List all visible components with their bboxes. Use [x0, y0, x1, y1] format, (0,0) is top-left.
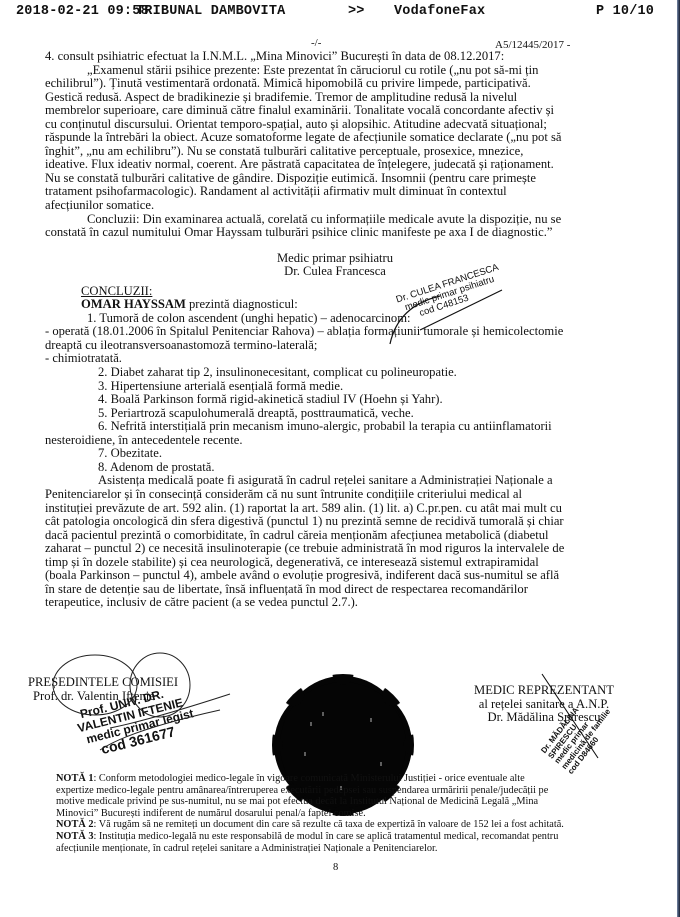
- reference-code: A5/12445/2017 -: [495, 39, 570, 53]
- fax-service: VodafoneFax: [394, 4, 485, 19]
- consult-text-line: Gestică redusă. Aspect de bradikinezie ș…: [45, 91, 620, 105]
- assessment-line: zaharat – punctul 2) ce necesită insulin…: [45, 542, 620, 556]
- diagnosis-1-detail-line: - chimiotratată.: [45, 352, 620, 366]
- assessment-line: (boala Parkinson – punctul 4), ambele av…: [45, 569, 620, 583]
- representative-title: MEDIC REPREZENTANT: [474, 684, 614, 698]
- diagnosis-item: 2. Diabet zaharat tip 2, insulinonecesit…: [45, 366, 620, 380]
- consult-conclusion-line: constată în cazul numitului Omar Hayssam…: [45, 226, 620, 240]
- consult-text-line: afecțiunilor somatice.: [45, 199, 620, 213]
- consult-text-line: cu conținutul discursului. Orientat temp…: [45, 118, 620, 132]
- fax-header: 2018-02-21 09:58 TRIBUNAL DAMBOVITA >> V…: [12, 4, 660, 20]
- footnote-label: NOTĂ 2: [56, 819, 93, 830]
- assessment-line: Asistența medicală poate fi asigurată în…: [45, 474, 620, 488]
- diagnosis-item: 3. Hipertensiune arterială esențială for…: [45, 380, 620, 394]
- consult-text-line: răspunde la întrebări la obiect. Acuze s…: [45, 131, 620, 145]
- diagnosis-7: 7. Obezitate.: [45, 447, 620, 461]
- footnote-continuation: expertize medico-legale pentru amânarea/…: [56, 785, 666, 797]
- fax-sender: TRIBUNAL DAMBOVITA: [136, 4, 285, 19]
- medical-assessment: Asistența medicală poate fi asigurată în…: [45, 474, 620, 609]
- consult-text-line: „Examenul stării psihice prezente: Este …: [45, 64, 620, 78]
- psychiatrist-name: Dr. Culea Francesca: [205, 265, 465, 279]
- assessment-line: Penitenciarelor și în consecință conside…: [45, 488, 620, 502]
- consult-conclusion-line: Concluzii: Din examinarea actuală, corel…: [45, 213, 620, 227]
- consult-text-line: Nu se constată tulburări calitative de g…: [45, 172, 620, 186]
- psychiatrist-signature: Medic primar psihiatru Dr. Culea Frances…: [205, 252, 465, 279]
- assessment-line: timp și în dozele stabilite) și cea neur…: [45, 556, 620, 570]
- footnote-label: NOTĂ 3: [56, 831, 93, 842]
- diagnosis-item: 4. Boală Parkinson formă rigid-akinetică…: [45, 393, 620, 407]
- page-number: 8: [333, 862, 338, 873]
- diagnosis-intro: OMAR HAYSSAM prezintă diagnosticul:: [45, 298, 620, 312]
- diagnosis-item: 5. Periartroză scapulohumerală dreaptă, …: [45, 407, 620, 421]
- diagnosis-8: 8. Adenom de prostată.: [45, 461, 620, 475]
- diagnosis-1-detail-line: - operată (18.01.2006 în Spitalul Penite…: [45, 325, 620, 339]
- consult-text-line: echilibrul”). Ținută vestimentară ordona…: [45, 77, 620, 91]
- footnotes: NOTĂ 1: Conform metodologiei medico-lega…: [56, 773, 666, 854]
- footnote: NOTĂ 2: Vă rugăm să ne remiteți un docum…: [56, 819, 666, 831]
- diagnosis-6-line: nesteroidiene, în antecedentele recente.: [45, 434, 620, 448]
- diagnosis-1: 1. Tumoră de colon ascendent (unghi hepa…: [45, 312, 620, 326]
- diagnosis-list: 2. Diabet zaharat tip 2, insulinonecesit…: [45, 366, 620, 420]
- footnote: NOTĂ 1: Conform metodologiei medico-lega…: [56, 773, 666, 785]
- patient-name: OMAR HAYSSAM: [81, 297, 186, 311]
- fax-date-time: 2018-02-21 09:58: [16, 4, 149, 19]
- diagnosis-1-detail-line: dreaptă cu ileotransversoanastomoză term…: [45, 339, 620, 353]
- document-body: -/- A5/12445/2017 - 4. consult psihiatri…: [45, 38, 620, 610]
- fax-arrow: >>: [348, 4, 365, 19]
- conclusions-section: CONCLUZII: OMAR HAYSSAM prezintă diagnos…: [45, 285, 620, 610]
- assessment-line: dacă pacientul prezintă o comorbiditate,…: [45, 529, 620, 543]
- assessment-line: instituției prevăzute de art. 592 alin. …: [45, 502, 620, 516]
- consult-conclusion: Concluzii: Din examinarea actuală, corel…: [45, 213, 620, 240]
- consult-text-line: ideative. Flux ideativ normal, coerent. …: [45, 158, 620, 172]
- footnote-label: NOTĂ 1: [56, 773, 93, 784]
- footnote-continuation: Minovici” București indiferent de număru…: [56, 808, 666, 820]
- footnote-continuation: motive medicale privind pe sus-numitul, …: [56, 796, 666, 808]
- psychiatric-consult: 4. consult psihiatric efectuat la I.N.M.…: [45, 50, 620, 279]
- psychiatrist-title: Medic primar psihiatru: [205, 252, 465, 266]
- assessment-line: terapeutice, inclusiv de către pacient (…: [45, 596, 620, 610]
- footnote: NOTĂ 3: Instituția medico-legală nu este…: [56, 831, 666, 843]
- diagnosis-6-line: 6. Nefrită interstițială prin mecanism i…: [45, 420, 620, 434]
- reference-row: -/- A5/12445/2017 -: [45, 38, 620, 50]
- consult-text-line: membrelor superioare, care diminuă către…: [45, 104, 620, 118]
- reference-mark: -/-: [311, 37, 321, 51]
- consult-text: „Examenul stării psihice prezente: Este …: [45, 64, 620, 213]
- consult-text-line: înghit”, „nu am echilibru”). Nu se const…: [45, 145, 620, 159]
- fax-page-counter: P 10/10: [596, 4, 654, 19]
- consult-text-line: tratament psihofarmacologic). Randament …: [45, 185, 620, 199]
- diagnosis-6: 6. Nefrită interstițială prin mecanism i…: [45, 420, 620, 447]
- diagnosis-1-details: - operată (18.01.2006 în Spitalul Penite…: [45, 325, 620, 366]
- assessment-line: în stare de detenție sau de libertate, î…: [45, 583, 620, 597]
- assessment-line: cât patologia oncologică din sfera diges…: [45, 515, 620, 529]
- conclusions-heading: CONCLUZII:: [45, 285, 620, 299]
- footnote-continuation: afecțiunile menționate, în cadrul rețele…: [56, 843, 666, 855]
